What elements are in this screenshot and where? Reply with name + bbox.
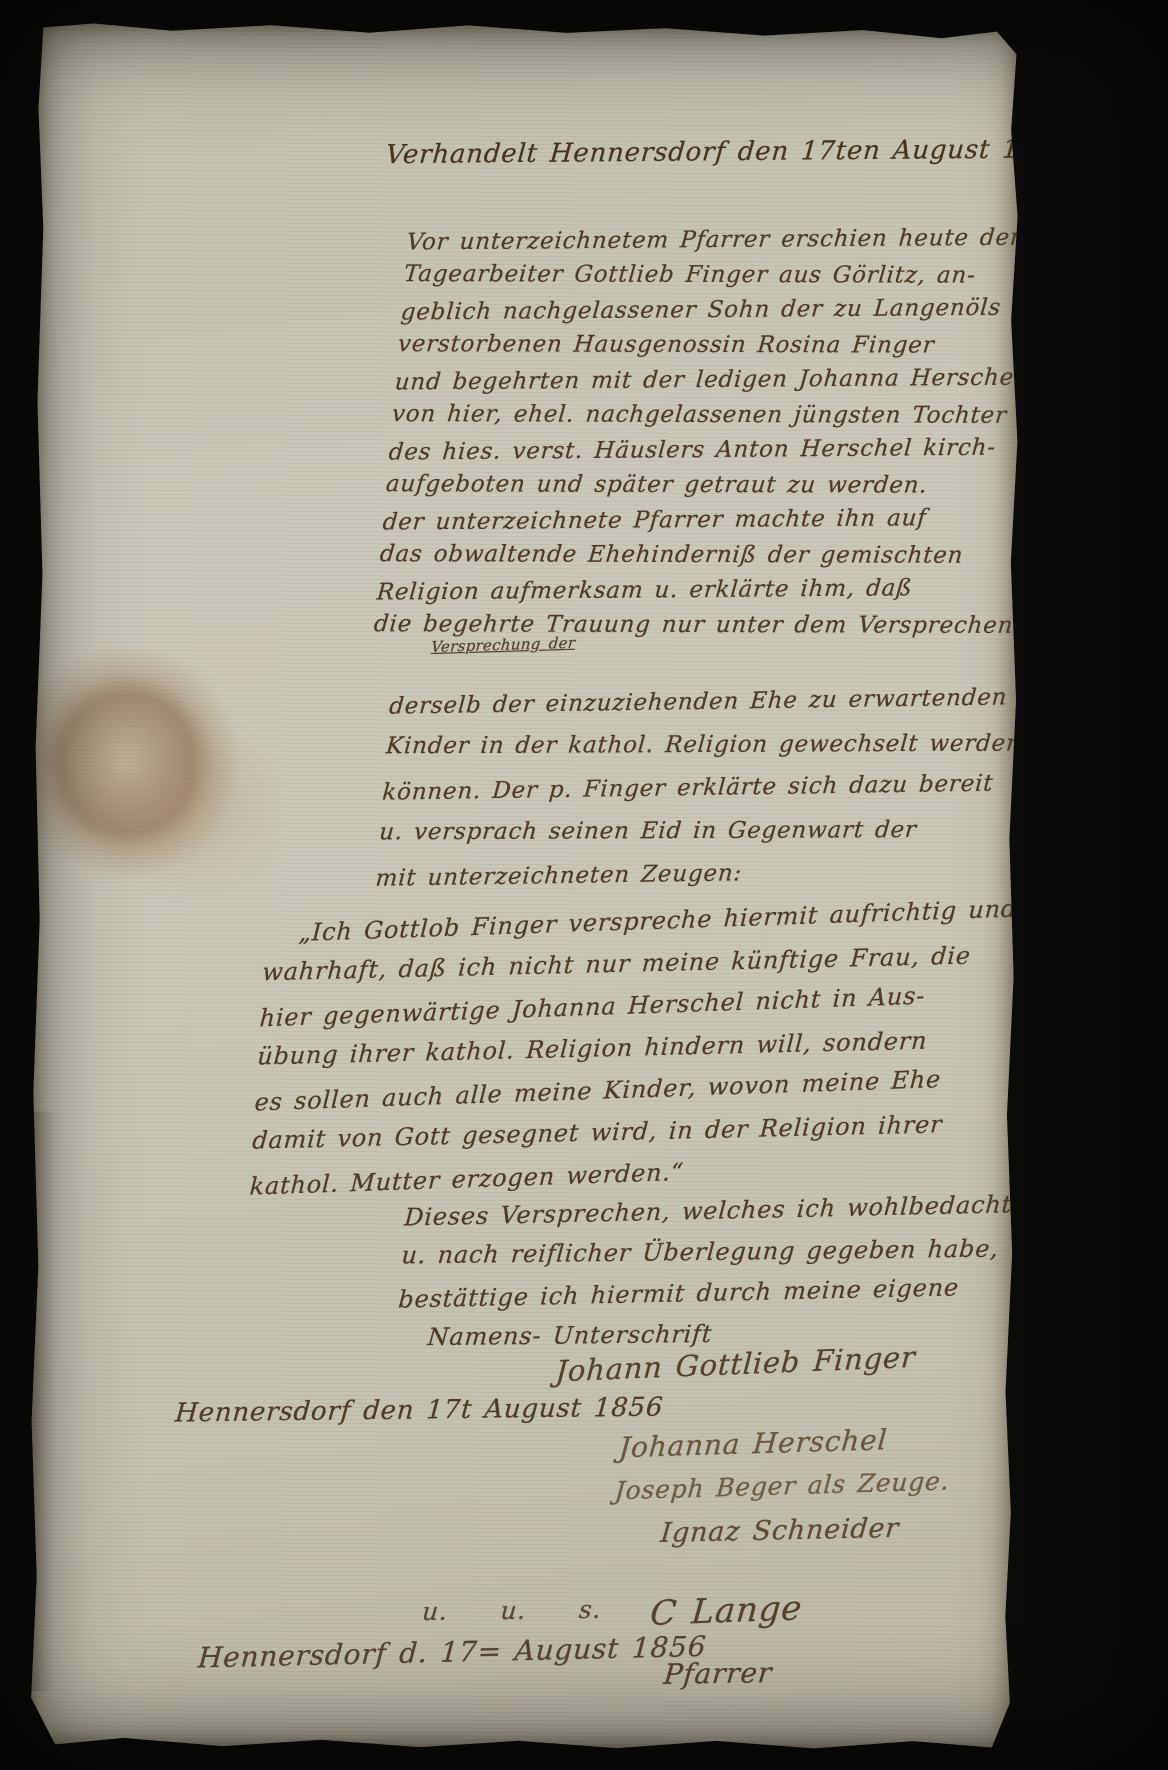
pastor-title: Pfarrer bbox=[662, 1656, 773, 1691]
handwritten-line: Kinder in der kathol. Religion gewechsel… bbox=[384, 722, 1023, 768]
stain-halo bbox=[60, 710, 291, 896]
handwritten-line: u. versprach seinen Eid in Gegenwart der bbox=[377, 809, 1016, 855]
handwritten-line: und begehrten mit der ledigen Johanna He… bbox=[393, 360, 1036, 400]
signature-witness-2: Ignaz Schneider bbox=[659, 1513, 900, 1549]
body-paragraph: Vor unterzeichnetem Pfarrer erschien heu… bbox=[372, 222, 1048, 643]
handwritten-line: von hier, ehel. nachgelassenen jüngsten … bbox=[390, 397, 1032, 434]
etcetera-marks: u. u. s. bbox=[421, 1595, 602, 1626]
signature-witness-1: Joseph Beger als Zeuge. bbox=[614, 1466, 951, 1505]
handwritten-line: aufgeboten und später getraut zu werden. bbox=[384, 467, 1026, 504]
interlinear-insertion: Versprechung der bbox=[431, 634, 576, 656]
handwritten-line: verstorbenen Hausgenossin Rosina Finger bbox=[396, 327, 1038, 364]
handwritten-line: das obwaltende Ehehinderniß der gemischt… bbox=[378, 537, 1020, 574]
signature-pastor: C Lange bbox=[649, 1588, 804, 1634]
handwritten-line: Vor unterzeichnetem Pfarrer erschien heu… bbox=[405, 220, 1048, 260]
handwritten-line: des hies. verst. Häuslers Anton Herschel… bbox=[387, 430, 1030, 470]
handwritten-line: Tagearbeiter Gottlieb Finger aus Görlitz… bbox=[402, 257, 1044, 294]
date-line-left: Hennersdorf den 17t August 1856 bbox=[174, 1392, 664, 1428]
handwritten-line: Religion aufmerksam u. erklärte ihm, daß bbox=[375, 570, 1018, 610]
handwritten-line: der unterzeichnete Pfarrer machte ihn au… bbox=[381, 500, 1024, 540]
closing-paragraph: Dieses Versprechen, welches ich wohlbeda… bbox=[394, 1186, 1013, 1360]
handwritten-line: derselb der einzuziehenden Ehe zu erwart… bbox=[388, 676, 1027, 728]
oath-quote: „Ich Gottlob Finger verspreche hiermit a… bbox=[249, 890, 1019, 1206]
paper-sheet: Verhandelt Hennersdorf den 17ten August … bbox=[25, 21, 1020, 1754]
handwritten-line: können. Der p. Finger erklärte sich dazu… bbox=[381, 762, 1020, 814]
handwritten-line: geblich nachgelassener Sohn der zu Lange… bbox=[399, 290, 1042, 330]
heading-date-line: Verhandelt Hennersdorf den 17ten August … bbox=[385, 134, 1082, 170]
body-paragraph-continued: derselb der einzuziehenden Ehe zu erwart… bbox=[374, 678, 1027, 899]
page-edge-shadow bbox=[26, 1111, 57, 1691]
signature-bride: Johanna Herschel bbox=[618, 1423, 889, 1464]
date-line-bottom: Hennersdorf d. 17= August 1856 bbox=[197, 1630, 708, 1675]
